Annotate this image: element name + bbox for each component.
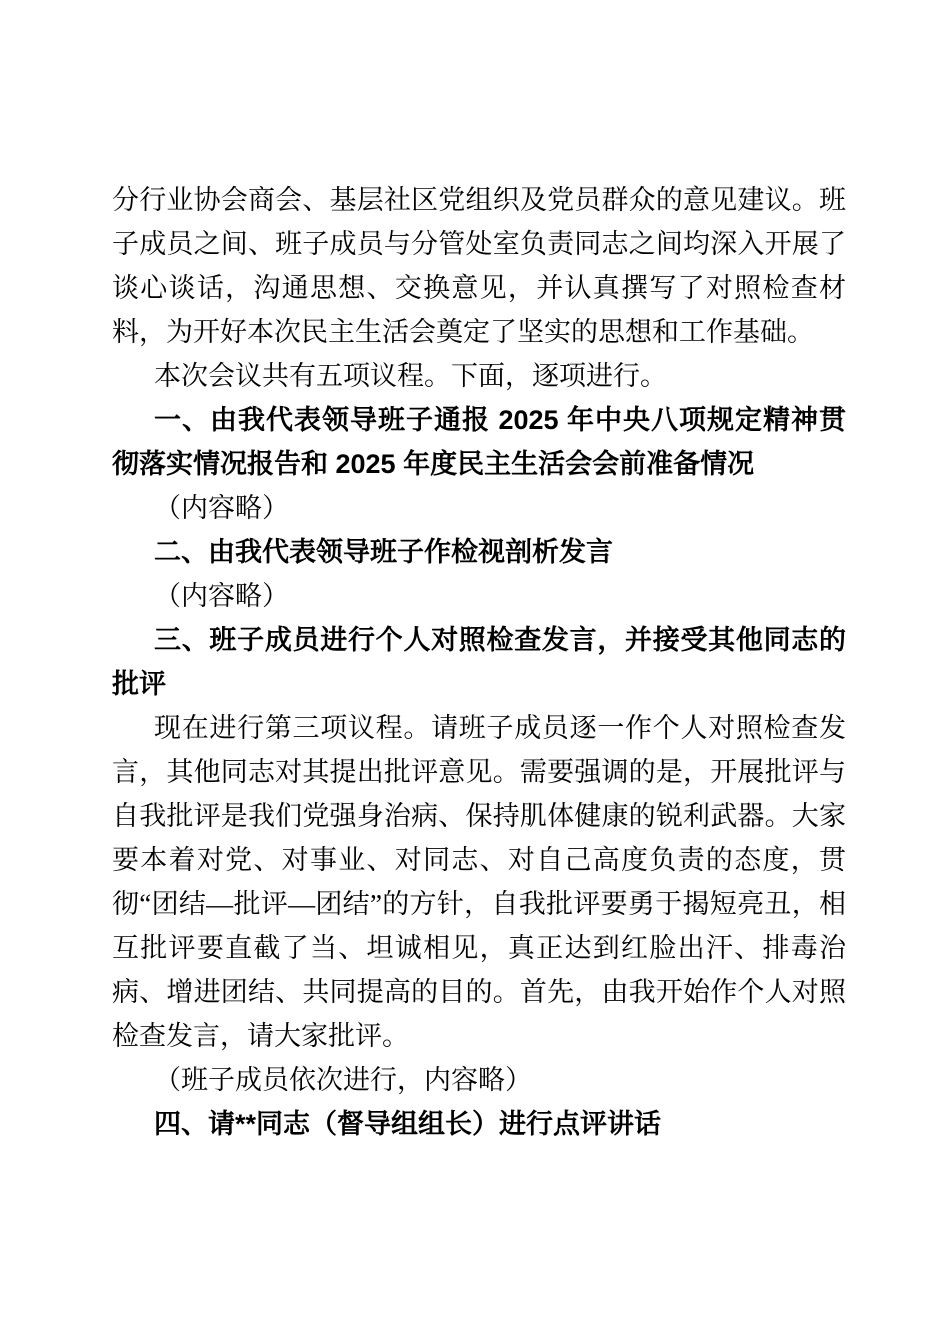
document-text-area: 分行业协会商会、基层社区党组织及党员群众的意见建议。班子成员之间、班子成员与分管… [112,178,846,1146]
paragraph-preparation-summary: 分行业协会商会、基层社区党组织及党员群众的意见建议。班子成员之间、班子成员与分管… [112,178,846,354]
paragraph-agenda-item-3-script: 现在进行第三项议程。请班子成员逐一作个人对照检查发言，其他同志对其提出批评意见。… [112,706,846,1058]
heading-agenda-item-2: 二、由我代表领导班子作检视剖析发言 [112,530,846,574]
heading-agenda-item-3: 三、班子成员进行个人对照检查发言，并接受其他同志的批评 [112,618,846,706]
paragraph-content-omitted-1: （内容略） [112,486,846,530]
heading-agenda-item-1: 一、由我代表领导班子通报 2025 年中央八项规定精神贯彻落实情况报告和 202… [112,398,846,486]
paragraph-agenda-intro: 本次会议共有五项议程。下面，逐项进行。 [112,354,846,398]
paragraph-content-omitted-2: （内容略） [112,574,846,618]
document-page: 分行业协会商会、基层社区党组织及党员群众的意见建议。班子成员之间、班子成员与分管… [0,0,950,1344]
heading-agenda-item-4: 四、请**同志（督导组组长）进行点评讲话 [112,1102,846,1146]
paragraph-members-proceed-note: （班子成员依次进行，内容略） [112,1058,846,1102]
